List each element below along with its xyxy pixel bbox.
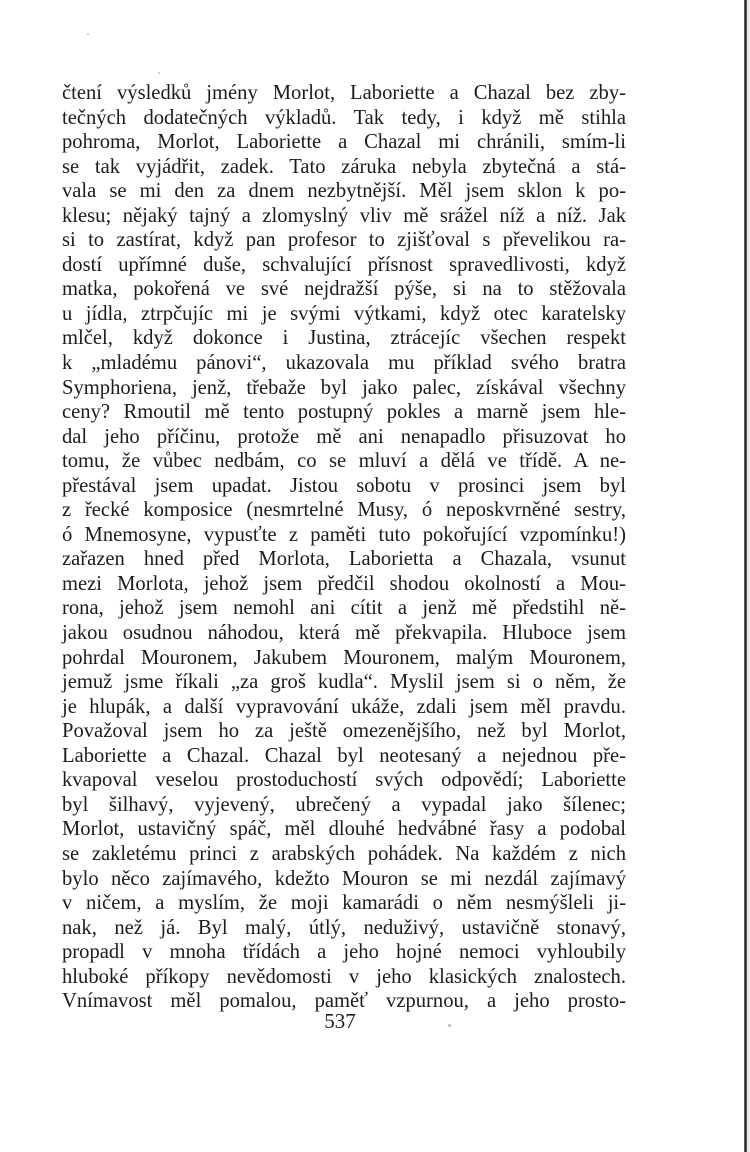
text-line: Považoval jsem ho za ještě omezenějšího,… [62, 719, 626, 744]
text-line: u jídla, ztrpčujíc mi je svými výtkami, … [62, 302, 626, 327]
book-page: čtení výsledků jmény Morlot, Laboriette … [0, 0, 750, 1152]
text-line: matka, pokořená ve své nejdražší pýše, s… [62, 277, 626, 302]
text-line: zařazen hned před Morlota, Laborietta a … [62, 547, 626, 572]
text-line: přestával jsem upadat. Jistou sobotu v p… [62, 474, 626, 499]
text-line: rona, jehož jsem nemohl ani cítit a jenž… [62, 596, 626, 621]
text-line: dostí upřímné duše, schvalující přísnost… [62, 253, 626, 278]
text-line: Symphoriena, jenž, třebaže byl jako pale… [62, 376, 626, 401]
text-line: kvapoval veselou prostoduchostí svých od… [62, 768, 626, 793]
text-line: mlčel, když dokonce i Justina, ztrácejíc… [62, 326, 626, 351]
text-line: hluboké příkopy nevědomosti v jeho klasi… [62, 965, 626, 990]
text-line: pohroma, Morlot, Laboriette a Chazal mi … [62, 130, 626, 155]
body-text: čtení výsledků jmény Morlot, Laboriette … [62, 81, 626, 1014]
text-line: tomu, že vůbec nedbám, co se mluví a děl… [62, 449, 626, 474]
text-line: jakou osudnou náhodou, která mě překvapi… [62, 621, 626, 646]
text-line: je hlupák, a další vypravování ukáže, zd… [62, 695, 626, 720]
text-line: pohrdal Mouronem, Jakubem Mouronem, malý… [62, 646, 626, 671]
paper-speck [158, 72, 160, 74]
text-line: v ničem, a myslím, že moji kamarádi o ně… [62, 891, 626, 916]
text-line: ó Mnemosyne, vypusťte z paměti tuto poko… [62, 523, 626, 548]
text-line: z řecké komposice (nesmrtelné Musy, ó ne… [62, 498, 626, 523]
text-line: propadl v mnoha třídách a jeho hojné nem… [62, 940, 626, 965]
text-line: dal jeho příčinu, protože mě ani nenapad… [62, 425, 626, 450]
page-edge-line [744, 0, 747, 1152]
text-line: mezi Morlota, jehož jsem předčil shodou … [62, 572, 626, 597]
page-number: 537 [0, 1007, 680, 1035]
text-line: k „mladému pánovi“, ukazovala mu příklad… [62, 351, 626, 376]
paper-speck [448, 1024, 451, 1027]
text-line: čtení výsledků jmény Morlot, Laboriette … [62, 81, 626, 106]
text-line: jemuž jsme říkali „za groš kudla“. Mysli… [62, 670, 626, 695]
text-line: byl šilhavý, vyjevený, ubrečený a vypada… [62, 793, 626, 818]
text-line: klesu; nějaký tajný a zlomyslný vliv mě … [62, 204, 626, 229]
text-line: tečných dodatečných výkladů. Tak tedy, i… [62, 106, 626, 131]
text-line: Morlot, ustavičný spáč, měl dlouhé hedvá… [62, 817, 626, 842]
paper-speck [87, 33, 89, 35]
text-line: ceny? Rmoutil mě tento postupný pokles a… [62, 400, 626, 425]
text-line: Laboriette a Chazal. Chazal byl neotesan… [62, 744, 626, 769]
text-line: se tak vyjádřit, zadek. Tato záruka neby… [62, 155, 626, 180]
text-line: vala se mi den za dnem nezbytnější. Měl … [62, 179, 626, 204]
text-line: bylo něco zajímavého, kdežto Mouron se m… [62, 867, 626, 892]
text-line: nak, než já. Byl malý, útlý, neduživý, u… [62, 916, 626, 941]
text-line: si to zastírat, když pan profesor to zji… [62, 228, 626, 253]
text-line: se zakletému princi z arabských pohádek.… [62, 842, 626, 867]
